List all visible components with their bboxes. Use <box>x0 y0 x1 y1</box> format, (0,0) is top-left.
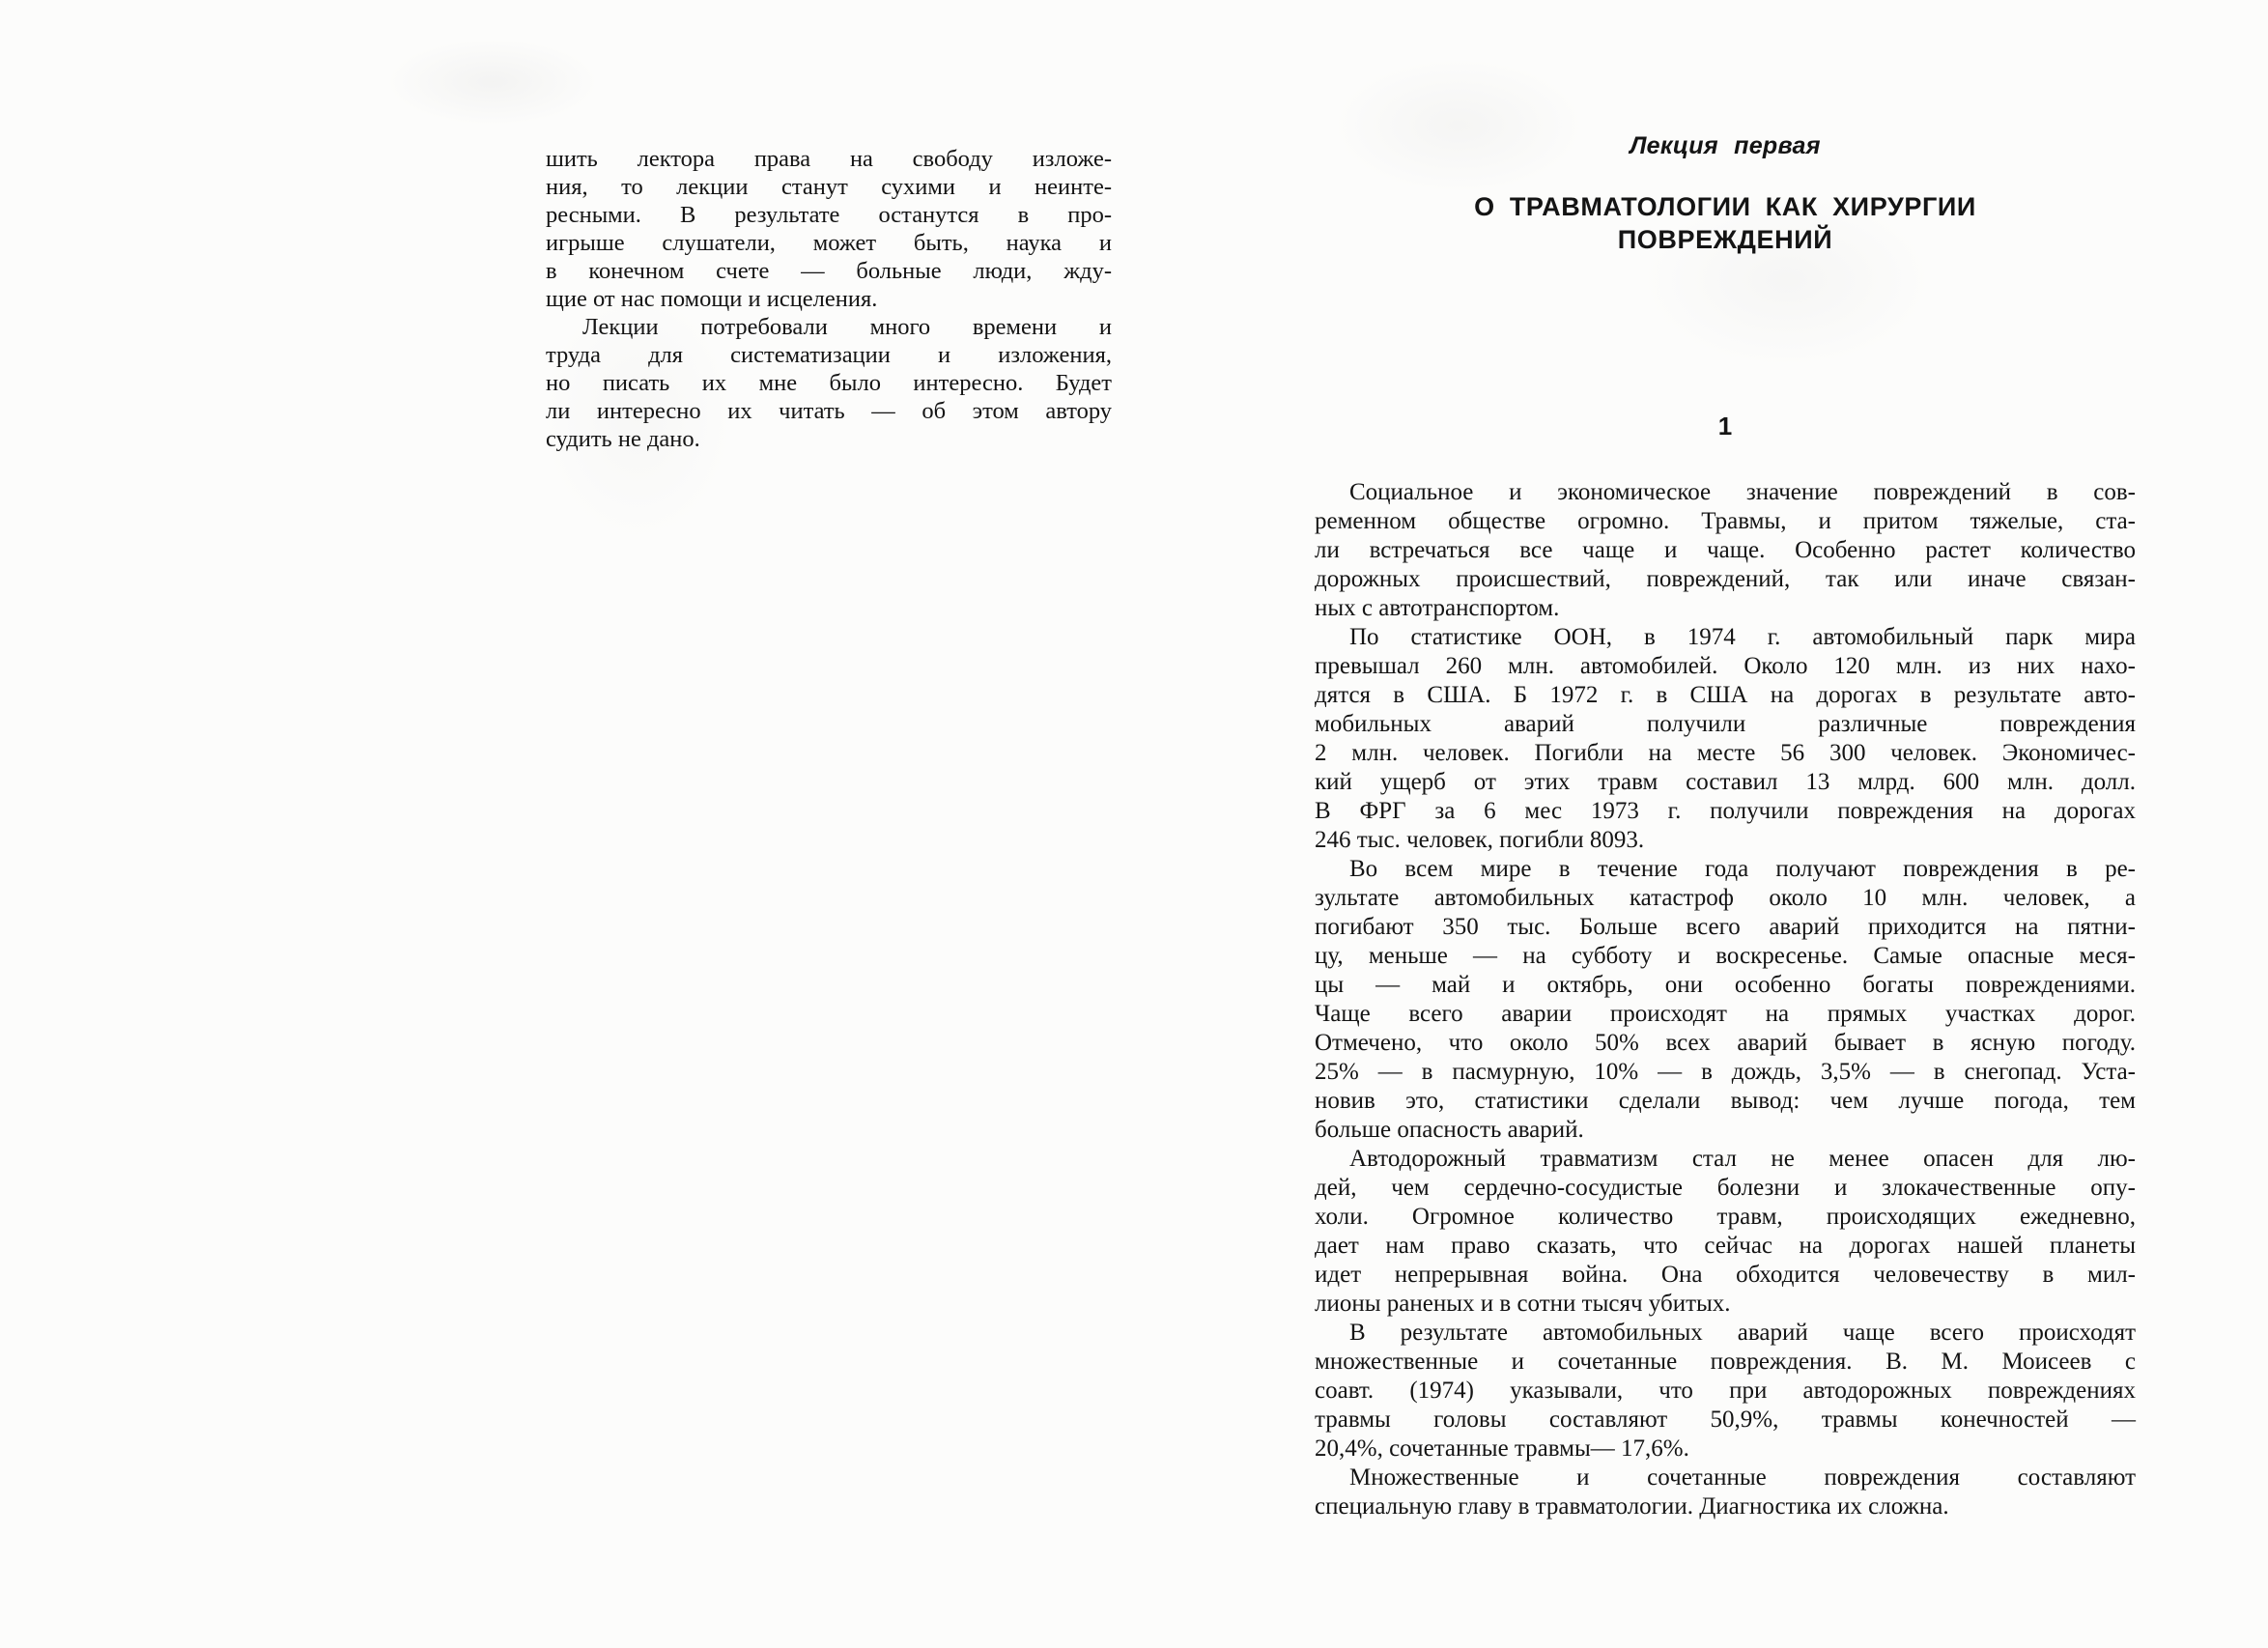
scan-smudge <box>1333 58 1584 193</box>
text-line: 2 млн. человек. Погибли на месте 56 300 … <box>1315 739 2136 768</box>
text-line: новив это, статистики сделали вывод: чем… <box>1315 1087 2136 1116</box>
text-line: специальную главу в травматологии. Диагн… <box>1315 1492 2136 1521</box>
text-line: дятся в США. Б 1972 г. в США на дорогах … <box>1315 681 2136 710</box>
text-line: в конечном счете — больные люди, жду- <box>546 257 1112 285</box>
scan-smudge <box>386 39 599 126</box>
text-line: труда для систематизации и изложения, <box>546 341 1112 369</box>
text-line: В результате автомобильных аварий чаще в… <box>1315 1319 2136 1348</box>
text-line: ременном обществе огромно. Травмы, и при… <box>1315 507 2136 536</box>
left-page-text-column: шить лектора права на свободу изложе-ния… <box>546 145 1112 453</box>
text-line: зультате автомобильных катастроф около 1… <box>1315 884 2136 913</box>
paragraph: В результате автомобильных аварий чаще в… <box>1315 1319 2136 1463</box>
text-line: множественные и сочетанные повреждения. … <box>1315 1348 2136 1377</box>
lecture-label: Лекция первая <box>1315 132 2136 160</box>
text-line: игрыше слушатели, может быть, наука и <box>546 229 1112 257</box>
chapter-title: О ТРАВМАТОЛОГИИ КАК ХИРУРГИИПОВРЕЖДЕНИЙ <box>1315 190 2136 256</box>
text-line: холи. Огромное количество травм, происхо… <box>1315 1203 2136 1232</box>
text-line: дорожных происшествий, повреждений, так … <box>1315 565 2136 594</box>
paragraph: Множественные и сочетанные повреждения с… <box>1315 1463 2136 1521</box>
section-number: 1 <box>1315 412 2136 441</box>
text-line: Лекции потребовали много времени и <box>546 313 1112 341</box>
text-line: погибают 350 тыс. Больше всего аварий пр… <box>1315 913 2136 942</box>
paragraph: По статистике ООН, в 1974 г. автомобильн… <box>1315 623 2136 855</box>
paragraph: шить лектора права на свободу изложе-ния… <box>546 145 1112 313</box>
text-line: дает нам право сказать, что сейчас на до… <box>1315 1232 2136 1261</box>
text-line: ли встречаться все чаще и чаще. Особенно… <box>1315 536 2136 565</box>
text-line: но писать их мне было интересно. Будет <box>546 369 1112 397</box>
text-line: цу, меньше — на субботу и воскресенье. С… <box>1315 942 2136 971</box>
text-line: Социальное и экономическое значение повр… <box>1315 478 2136 507</box>
text-line: ли интересно их читать — об этом автору <box>546 397 1112 425</box>
text-line: кий ущерб от этих травм составил 13 млрд… <box>1315 768 2136 797</box>
text-line: цы — май и октябрь, они особенно богаты … <box>1315 971 2136 1000</box>
text-line: травмы головы составляют 50,9%, травмы к… <box>1315 1406 2136 1435</box>
right-page-text-column: Социальное и экономическое значение повр… <box>1315 478 2136 1521</box>
text-line: превышал 260 млн. автомобилей. Около 120… <box>1315 652 2136 681</box>
text-line: лионы раненых и в сотни тысяч убитых. <box>1315 1290 2136 1319</box>
text-line: ных с автотранспортом. <box>1315 594 2136 623</box>
text-line: 246 тыс. человек, погибли 8093. <box>1315 826 2136 855</box>
text-line: больше опасность аварий. <box>1315 1116 2136 1145</box>
text-line: соавт. (1974) указывали, что при автодор… <box>1315 1377 2136 1406</box>
text-line: Чаще всего аварии происходят на прямых у… <box>1315 1000 2136 1029</box>
text-line: дей, чем сердечно-сосудистые болезни и з… <box>1315 1174 2136 1203</box>
text-line: мобильных аварий получили различные повр… <box>1315 710 2136 739</box>
text-line: ПОВРЕЖДЕНИЙ <box>1315 223 2136 256</box>
text-line: ния, то лекции станут сухими и неинте- <box>546 173 1112 201</box>
paragraph: Автодорожный травматизм стал не менее оп… <box>1315 1145 2136 1319</box>
text-line: щие от нас помощи и исцеления. <box>546 285 1112 313</box>
paragraph: Лекции потребовали много времени итруда … <box>546 313 1112 453</box>
text-line: В ФРГ за 6 мес 1973 г. получили поврежде… <box>1315 797 2136 826</box>
text-line: 20,4%, сочетанные травмы— 17,6%. <box>1315 1435 2136 1463</box>
text-line: Автодорожный травматизм стал не менее оп… <box>1315 1145 2136 1174</box>
paragraph: Социальное и экономическое значение повр… <box>1315 478 2136 623</box>
text-line: идет непрерывная война. Она обходится че… <box>1315 1261 2136 1290</box>
text-line: судить не дано. <box>546 425 1112 453</box>
text-line: Отмечено, что около 50% всех аварий быва… <box>1315 1029 2136 1058</box>
text-line: шить лектора права на свободу изложе- <box>546 145 1112 173</box>
paragraph: Во всем мире в течение года получают пов… <box>1315 855 2136 1145</box>
text-line: 25% — в пасмурную, 10% — в дождь, 3,5% —… <box>1315 1058 2136 1087</box>
text-line: Множественные и сочетанные повреждения с… <box>1315 1463 2136 1492</box>
text-line: Во всем мире в течение года получают пов… <box>1315 855 2136 884</box>
text-line: По статистике ООН, в 1974 г. автомобильн… <box>1315 623 2136 652</box>
text-line: О ТРАВМАТОЛОГИИ КАК ХИРУРГИИ <box>1315 190 2136 223</box>
text-line: ресными. В результате останутся в про- <box>546 201 1112 229</box>
